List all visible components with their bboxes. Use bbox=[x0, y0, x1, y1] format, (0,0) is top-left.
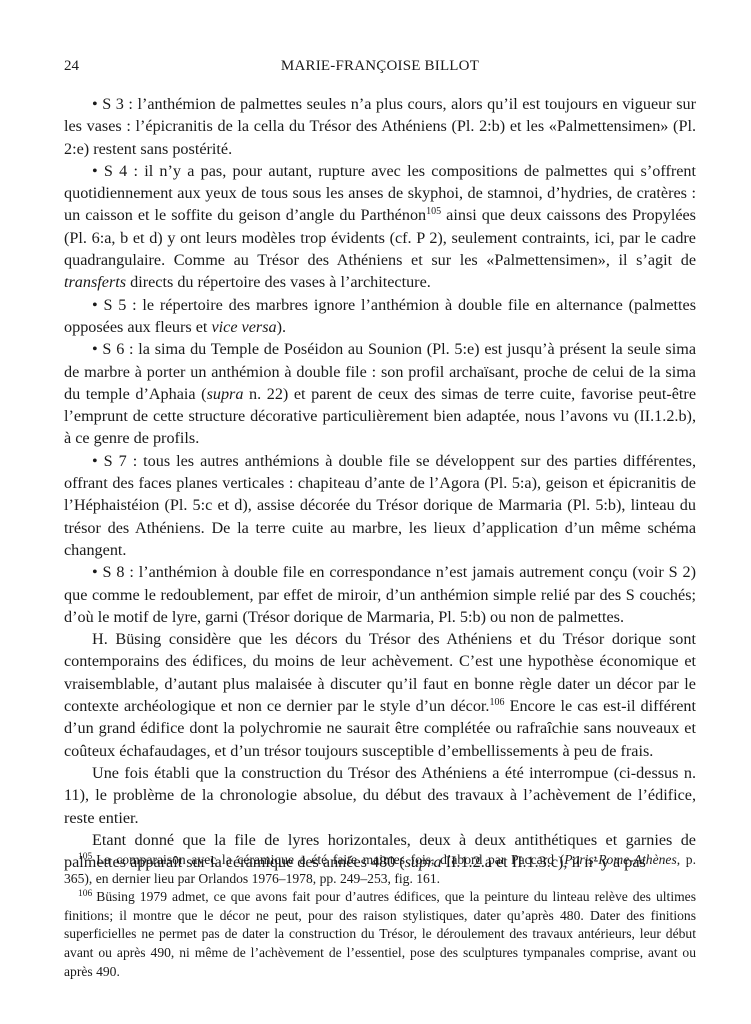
paragraph-s5: • S 5 : le répertoire des marbres ignore… bbox=[64, 294, 696, 339]
footnote-ref-106[interactable]: 106 bbox=[489, 697, 504, 708]
page-header: 24 MARIE-FRANÇOISE BILLOT bbox=[64, 58, 696, 78]
paragraph-s7: • S 7 : tous les autres anthémions à dou… bbox=[64, 450, 696, 561]
paragraph-s6: • S 6 : la sima du Temple de Poséidon au… bbox=[64, 338, 696, 449]
paragraph-construction: Une fois établi que la construction du T… bbox=[64, 762, 696, 829]
body-text: • S 3 : l’anthémion de palmettes seules … bbox=[64, 93, 696, 873]
footnote-number: 106 bbox=[78, 889, 92, 899]
footnote-105: 105La comparaison avec la céramique a ét… bbox=[64, 851, 696, 888]
footnote-number: 105 bbox=[78, 852, 92, 862]
footnotes: 105La comparaison avec la céramique a ét… bbox=[64, 851, 696, 981]
footnote-ref-105[interactable]: 105 bbox=[426, 206, 441, 217]
paragraph-s8: • S 8 : l’anthémion à double file en cor… bbox=[64, 561, 696, 628]
footnote-106: 106Büsing 1979 admet, ce que avons fait … bbox=[64, 888, 696, 981]
paragraph-s3: • S 3 : l’anthémion de palmettes seules … bbox=[64, 93, 696, 160]
paragraph-s4: • S 4 : il n’y a pas, pour autant, ruptu… bbox=[64, 160, 696, 294]
running-head: MARIE-FRANÇOISE BILLOT bbox=[64, 58, 696, 75]
paragraph-busing: H. Büsing considère que les décors du Tr… bbox=[64, 628, 696, 762]
